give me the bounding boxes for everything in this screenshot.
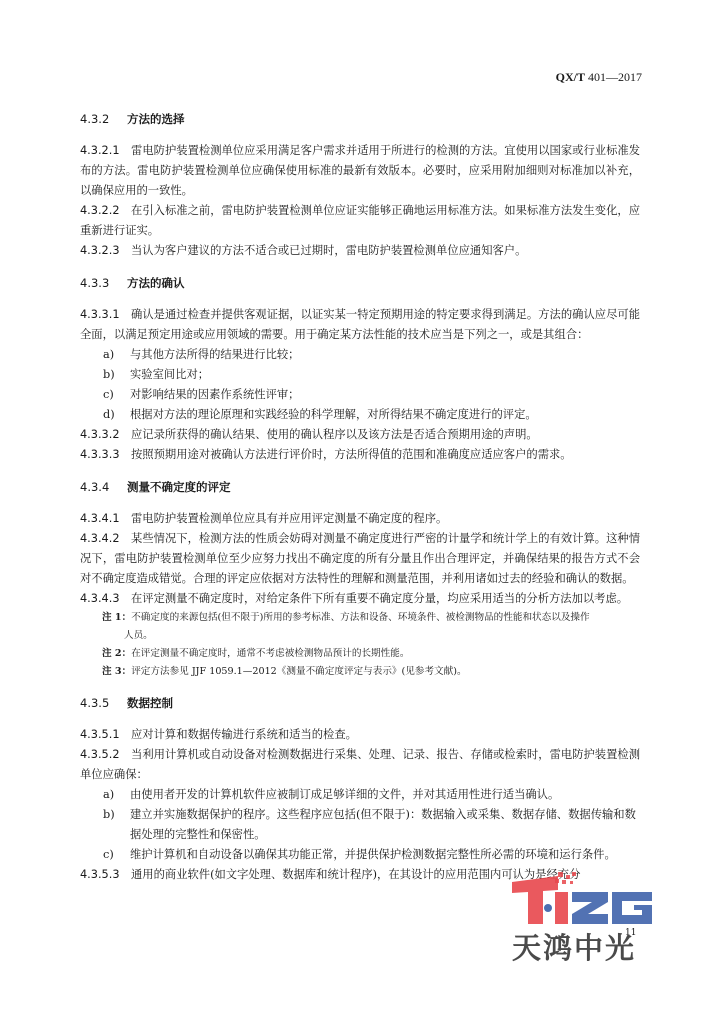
list-item: a)由使用者开发的计算机软件应被制订成足够详细的文件，并对其适用性进行适当确认。 [103,785,640,805]
standard-code: QX/T 401—2017 [556,70,642,85]
document-body: 4.3.2方法的选择 4.3.2.1雷电防护装置检测单位应采用满足客户需求并适用… [80,109,640,885]
section-heading-4-3-4: 4.3.4测量不确定度的评定 [80,477,640,497]
note-3: 注 3：评定方法参见 JJF 1059.1—2012《测量不确定度评定与表示》(… [80,663,640,681]
clause-4-3-4-2: 4.3.4.2某些情况下，检测方法的性质会妨碍对测量不确定度进行严密的计量学和统… [80,529,640,589]
list-item: d)根据对方法的理论原理和实践经验的科学理解，对所得结果不确定度进行的评定。 [103,405,640,425]
list-item: c)对影响结果的因素作系统性评审； [103,385,640,405]
clause-4-3-3-3: 4.3.3.3按照预期用途对被确认方法进行评价时，方法所得值的范围和准确度应适应… [80,445,640,465]
clause-4-3-3-2: 4.3.3.2应记录所获得的确认结果、使用的确认程序以及该方法是否适合预期用途的… [80,425,640,445]
clause-4-3-2-3: 4.3.2.3当认为客户建议的方法不适合或已过期时，雷电防护装置检测单位应通知客… [80,241,640,261]
list-item: b)建立并实施数据保护的程序。这些程序应包括(但不限于)：数据输入或采集、数据存… [103,805,640,845]
document-page: QX/T 401—2017 4.3.2方法的选择 4.3.2.1雷电防护装置检测… [0,0,724,1024]
section-heading-4-3-5: 4.3.5数据控制 [80,693,640,713]
standard-number: 401—2017 [588,70,642,84]
clause-4-3-2-1: 4.3.2.1雷电防护装置检测单位应采用满足客户需求并适用于所进行的检测的方法。… [80,141,640,201]
clause-4-3-5-2: 4.3.5.2当利用计算机或自动设备对检测数据进行采集、处理、记录、报告、存储或… [80,745,640,785]
note-1-continuation: 人员。 [80,627,640,645]
watermark-company-name: 天鸿中光 [512,926,662,967]
section-heading-4-3-3: 4.3.3方法的确认 [80,273,640,293]
list-item: b)实验室间比对； [103,365,640,385]
clause-4-3-3-1: 4.3.3.1确认是通过检查并提供客观证据，以证实某一特定预期用途的特定要求得到… [80,305,640,345]
clause-4-3-5-1: 4.3.5.1应对计算和数据传输进行系统和适当的检查。 [80,725,640,745]
clause-4-3-4-1: 4.3.4.1雷电防护装置检测单位应具有并应用评定测量不确定度的程序。 [80,509,640,529]
standard-prefix: QX/T [556,70,585,84]
validation-techniques-list: a)与其他方法所得的结果进行比较； b)实验室间比对； c)对影响结果的因素作系… [80,345,640,425]
note-1: 注 1：不确定度的来源包括(但不限于)所用的参考标准、方法和设备、环境条件、被检… [80,609,640,627]
data-control-list: a)由使用者开发的计算机软件应被制订成足够详细的文件，并对其适用性进行适当确认。… [80,785,640,865]
tizg-logo-icon [512,872,654,924]
watermark-logo: 天鸿中光 [512,858,654,970]
list-item: a)与其他方法所得的结果进行比较； [103,345,640,365]
section-heading-4-3-2: 4.3.2方法的选择 [80,109,640,129]
note-2: 注 2：在评定测量不确定度时，通常不考虑被检测物品预计的长期性能。 [80,645,640,663]
clause-4-3-4-3: 4.3.4.3在评定测量不确定度时，对给定条件下所有重要不确定度分量，均应采用适… [80,589,640,609]
clause-4-3-2-2: 4.3.2.2在引入标准之前，雷电防护装置检测单位应证实能够正确地运用标准方法。… [80,201,640,241]
